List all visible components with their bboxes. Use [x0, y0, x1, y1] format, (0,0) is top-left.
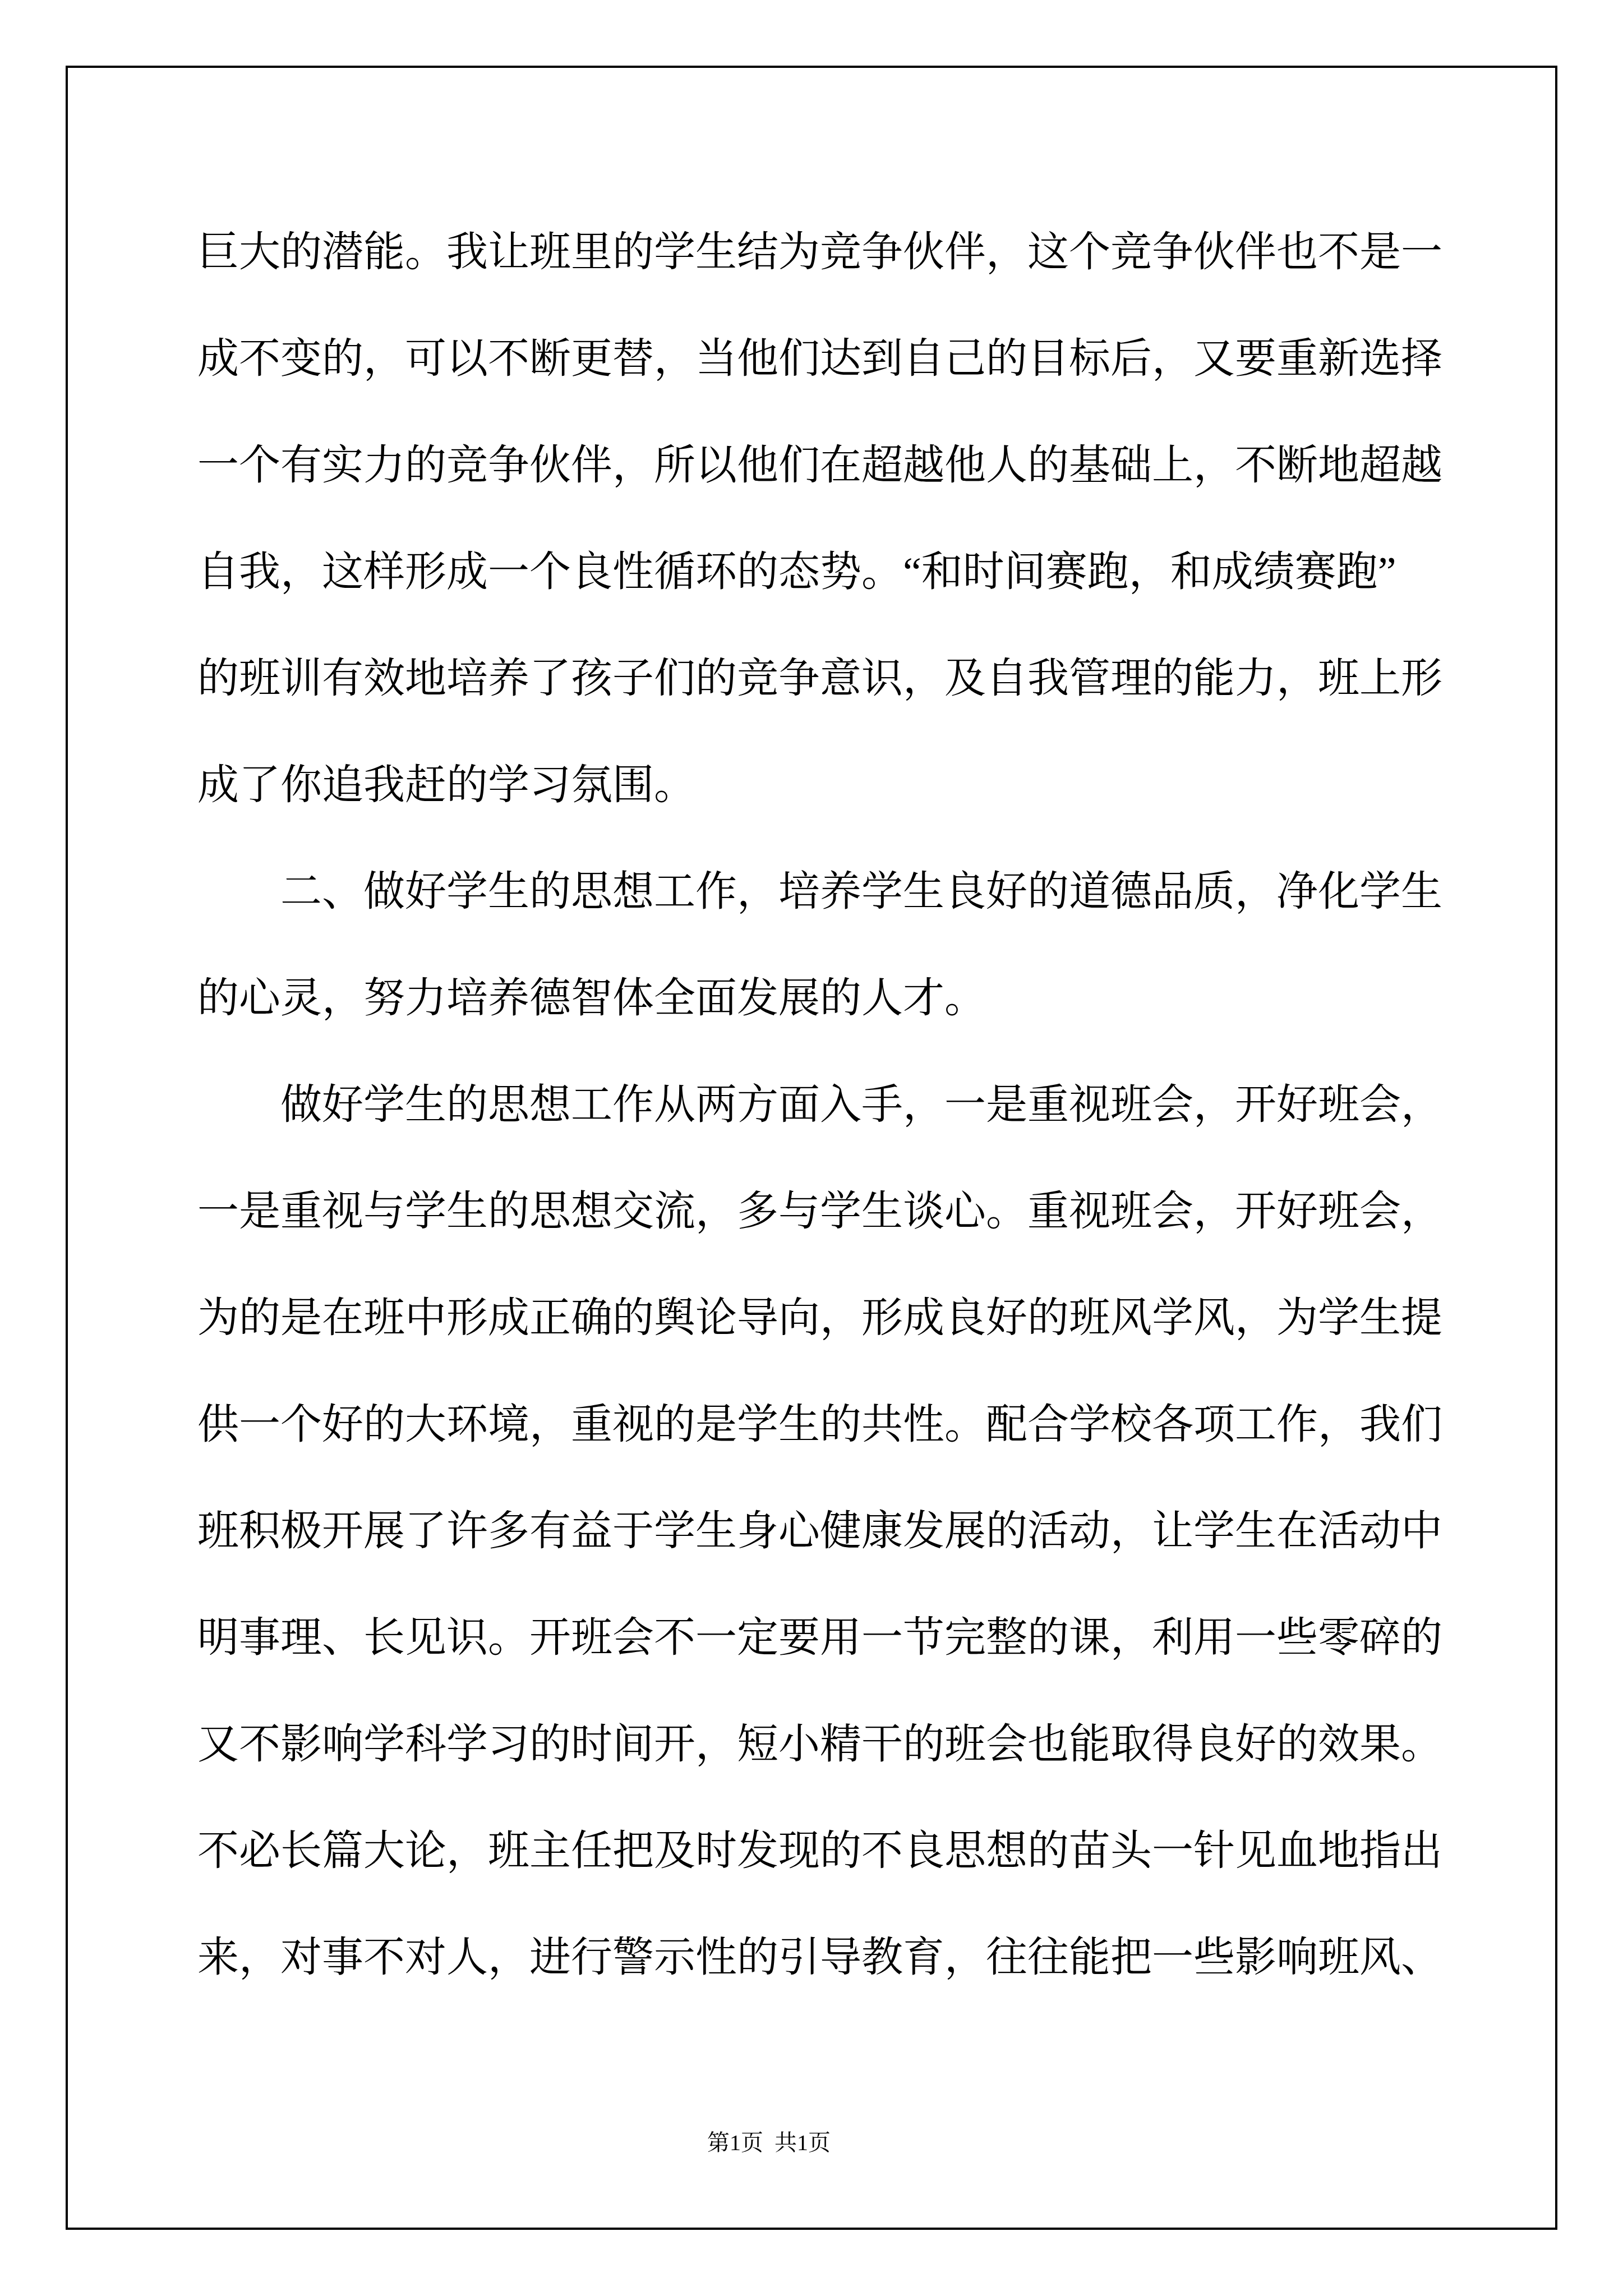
text-line: 自我，这样形成一个良性循环的态势。“和时间赛跑，和成绩赛跑” [197, 519, 1444, 625]
text-line: 巨大的潜能。我让班里的学生结为竞争伙伴，这个竞争伙伴也不是一 [197, 199, 1444, 306]
text-line: 为的是在班中形成正确的舆论导向，形成良好的班风学风，为学生提 [197, 1265, 1444, 1372]
text-line: 的班训有效地培养了孩子们的竞争意识，及自我管理的能力，班上形 [197, 625, 1444, 732]
text-line: 来，对事不对人，进行警示性的引导教育，往往能把一些影响班风、 [197, 1904, 1444, 2011]
page-number: 第1页 共1页 [707, 2130, 831, 2155]
text-line: 成不变的，可以不断更替，当他们达到自己的目标后，又要重新选择 [197, 306, 1444, 412]
text-line: 明事理、长见识。开班会不一定要用一节完整的课，利用一些零碎的 [197, 1585, 1444, 1691]
text-line: 做好学生的思想工作从两方面入手，一是重视班会，开好班会， [197, 1052, 1444, 1158]
page-footer: 第1页 共1页 [0, 2126, 1623, 2160]
text-line: 供一个好的大环境，重视的是学生的共性。配合学校各项工作，我们 [197, 1372, 1444, 1478]
text-line: 班积极开展了许多有益于学生身心健康发展的活动，让学生在活动中 [197, 1478, 1444, 1585]
document-body: 巨大的潜能。我让班里的学生结为竞争伙伴，这个竞争伙伴也不是一 成不变的，可以不断… [197, 199, 1444, 2011]
text-line: 不必长篇大论，班主任把及时发现的不良思想的苗头一针见血地指出 [197, 1798, 1444, 1904]
text-line: 一是重视与学生的思想交流，多与学生谈心。重视班会，开好班会， [197, 1158, 1444, 1265]
document-page: 巨大的潜能。我让班里的学生结为竞争伙伴，这个竞争伙伴也不是一 成不变的，可以不断… [0, 0, 1623, 2296]
text-line: 一个有实力的竞争伙伴，所以他们在超越他人的基础上，不断地超越 [197, 412, 1444, 519]
text-line: 成了你追我赶的学习氛围。 [197, 732, 1444, 839]
text-line: 二、做好学生的思想工作，培养学生良好的道德品质，净化学生 [197, 839, 1444, 945]
text-line: 的心灵，努力培养德智体全面发展的人才。 [197, 945, 1444, 1052]
text-line: 又不影响学科学习的时间开，短小精干的班会也能取得良好的效果。 [197, 1691, 1444, 1798]
